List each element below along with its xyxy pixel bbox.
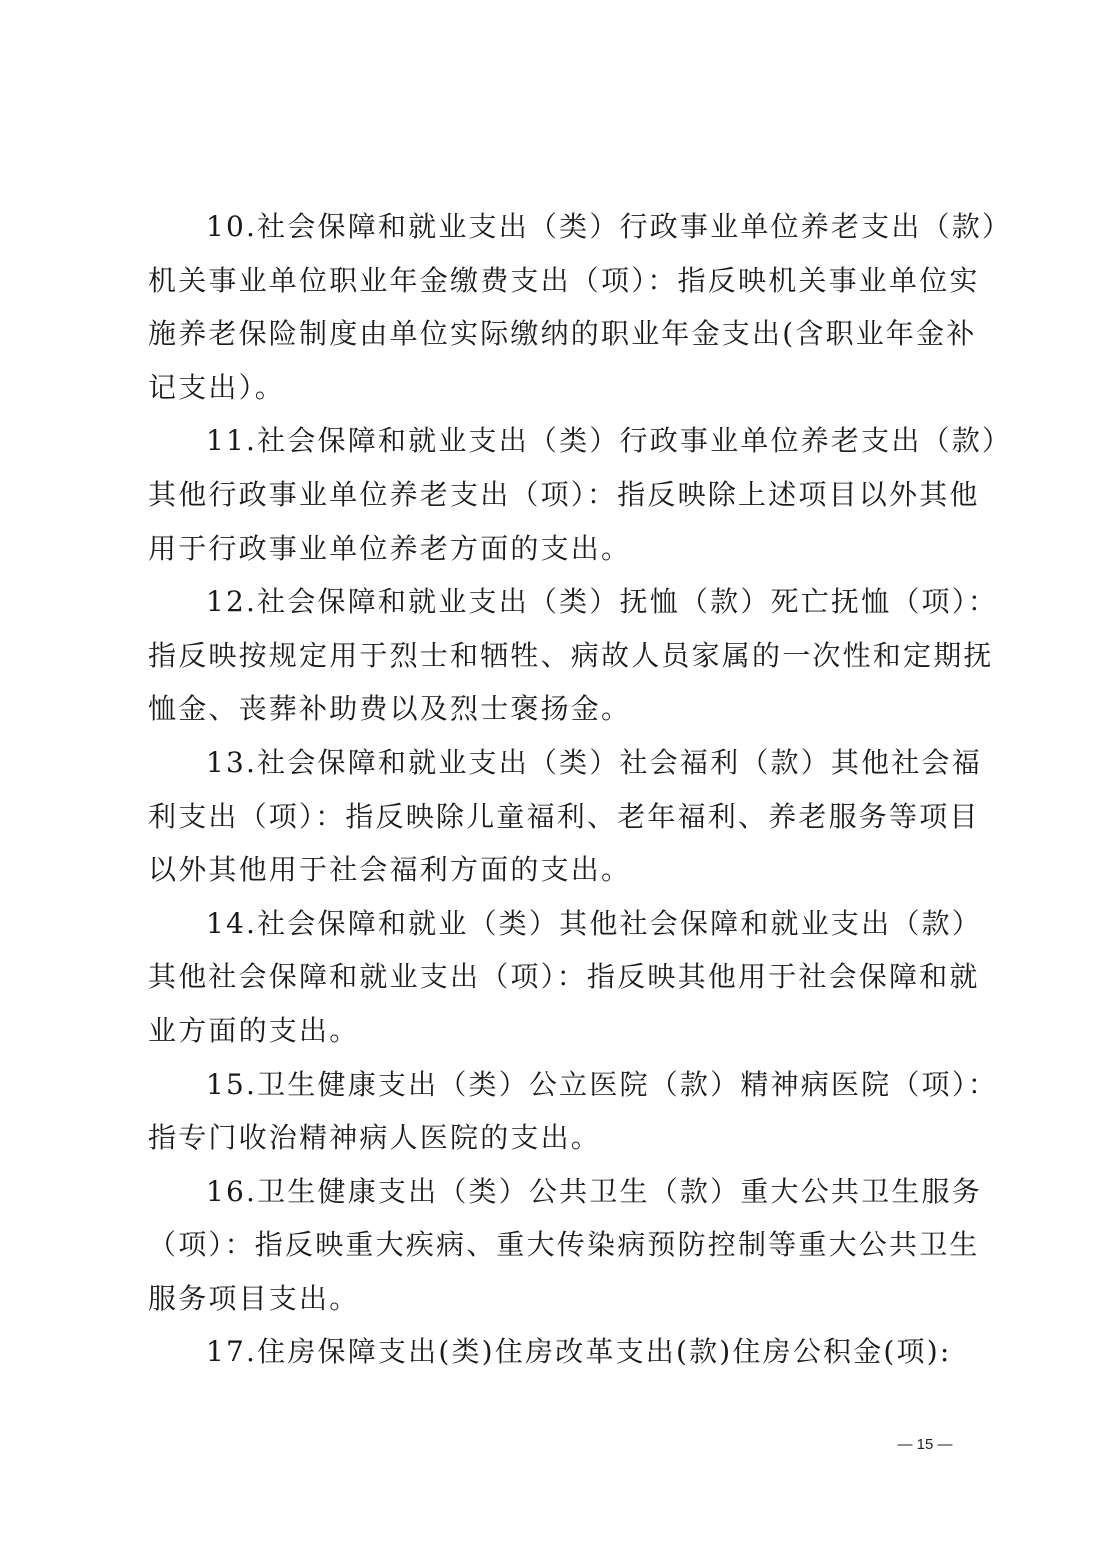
paragraph-17: 17.住房保障支出(类)住房改革支出(款)住房公积金(项): <box>148 1325 968 1379</box>
paragraph-10: 10.社会保障和就业支出（类）行政事业单位养老支出（款） 机关事业单位职业年金缴… <box>148 200 968 414</box>
paragraph-line: 其他行政事业单位养老支出（项）：指反映除上述项目以外其他 <box>148 468 968 522</box>
paragraph-line: 指专门收治精神病人医院的支出。 <box>148 1111 968 1165</box>
paragraph-line: 11.社会保障和就业支出（类）行政事业单位养老支出（款） <box>148 414 968 468</box>
paragraph-line: 施养老保险制度由单位实际缴纳的职业年金支出(含职业年金补 <box>148 307 968 361</box>
paragraph-12: 12.社会保障和就业支出（类）抚恤（款）死亡抚恤（项）： 指反映按规定用于烈士和… <box>148 575 968 736</box>
paragraph-line: 利支出（项）：指反映除儿童福利、老年福利、养老服务等项目 <box>148 790 968 844</box>
paragraph-line: 16.卫生健康支出（类）公共卫生（款）重大公共卫生服务 <box>148 1165 968 1219</box>
paragraph-line: 用于行政事业单位养老方面的支出。 <box>148 522 968 576</box>
paragraph-line: 13.社会保障和就业支出（类）社会福利（款）其他社会福 <box>148 736 968 790</box>
document-page: 10.社会保障和就业支出（类）行政事业单位养老支出（款） 机关事业单位职业年金缴… <box>0 0 1100 1555</box>
paragraph-line: 业方面的支出。 <box>148 1004 968 1058</box>
paragraph-line: 服务项目支出。 <box>148 1272 968 1326</box>
paragraph-line: 12.社会保障和就业支出（类）抚恤（款）死亡抚恤（项）： <box>148 575 968 629</box>
paragraph-line: 14.社会保障和就业（类）其他社会保障和就业支出（款） <box>148 897 968 951</box>
paragraph-line: 17.住房保障支出(类)住房改革支出(款)住房公积金(项): <box>148 1325 968 1379</box>
paragraph-line: 机关事业单位职业年金缴费支出（项）：指反映机关事业单位实 <box>148 254 968 308</box>
page-number: — 15 — <box>880 1436 970 1453</box>
document-body: 10.社会保障和就业支出（类）行政事业单位养老支出（款） 机关事业单位职业年金缴… <box>148 200 968 1379</box>
paragraph-line: 15.卫生健康支出（类）公立医院（款）精神病医院（项）： <box>148 1058 968 1112</box>
paragraph-13: 13.社会保障和就业支出（类）社会福利（款）其他社会福 利支出（项）：指反映除儿… <box>148 736 968 897</box>
paragraph-11: 11.社会保障和就业支出（类）行政事业单位养老支出（款） 其他行政事业单位养老支… <box>148 414 968 575</box>
paragraph-line: 记支出）。 <box>148 361 968 415</box>
paragraph-line: 以外其他用于社会福利方面的支出。 <box>148 843 968 897</box>
paragraph-14: 14.社会保障和就业（类）其他社会保障和就业支出（款） 其他社会保障和就业支出（… <box>148 897 968 1058</box>
paragraph-16: 16.卫生健康支出（类）公共卫生（款）重大公共卫生服务 （项）：指反映重大疾病、… <box>148 1165 968 1326</box>
paragraph-line: 恤金、丧葬补助费以及烈士褒扬金。 <box>148 682 968 736</box>
paragraph-line: （项）：指反映重大疾病、重大传染病预防控制等重大公共卫生 <box>148 1218 968 1272</box>
paragraph-line: 10.社会保障和就业支出（类）行政事业单位养老支出（款） <box>148 200 968 254</box>
paragraph-line: 其他社会保障和就业支出（项）：指反映其他用于社会保障和就 <box>148 950 968 1004</box>
paragraph-line: 指反映按规定用于烈士和牺牲、病故人员家属的一次性和定期抚 <box>148 629 968 683</box>
paragraph-15: 15.卫生健康支出（类）公立医院（款）精神病医院（项）： 指专门收治精神病人医院… <box>148 1058 968 1165</box>
